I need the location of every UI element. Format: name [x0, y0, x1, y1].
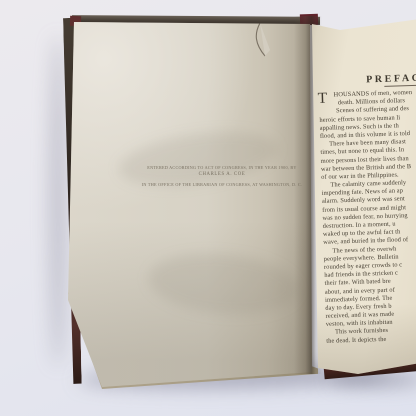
copyright-line-3: IN THE OFFICE OF THE LIBRARIAN OF CONGRE… [122, 182, 322, 187]
paper-wrinkle [146, 248, 301, 321]
open-book-photo: ENTERED ACCORDING TO ACT OF CONGRESS, IN… [0, 0, 416, 416]
right-page: PREFACE. T HOUSANDS of men, women death.… [306, 14, 416, 386]
page-crease [246, 18, 280, 62]
preface-lines: T HOUSANDS of men, women death. Millions… [317, 88, 416, 345]
book-shadow-left [50, 36, 66, 366]
drop-cap: T [317, 91, 327, 106]
copyright-line-2: CHARLES A. COE [122, 172, 322, 177]
copyright-line-1: ENTERED ACCORDING TO ACT OF CONGRESS, IN… [122, 165, 322, 170]
left-page: ENTERED ACCORDING TO ACT OF CONGRESS, IN… [58, 14, 314, 390]
copyright-notice: ENTERED ACCORDING TO ACT OF CONGRESS, IN… [122, 165, 322, 187]
preface-text-block: PREFACE. T HOUSANDS of men, women death.… [316, 72, 416, 345]
